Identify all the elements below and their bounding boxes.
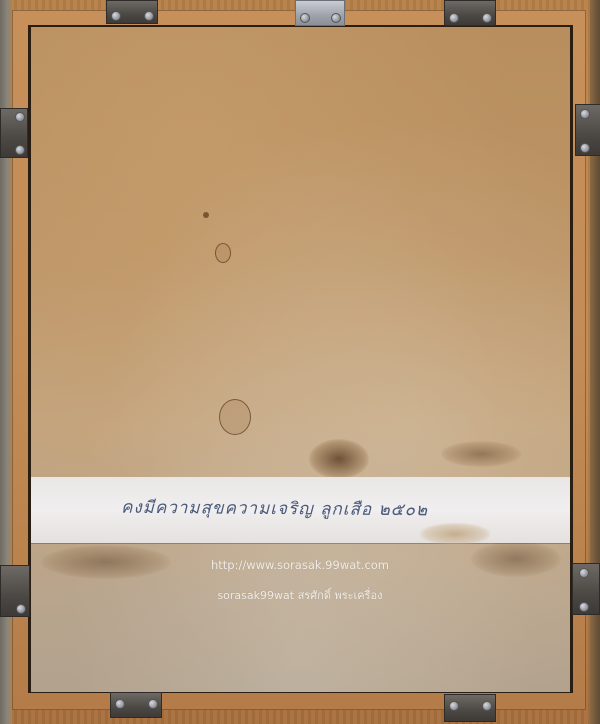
dark-stain <box>309 439 369 479</box>
framed-photo-back: คงมีความสุขความเจริญ ลูกเสือ ๒๕๐๒ http:/… <box>0 0 600 724</box>
turn-button-bracket-icon <box>575 104 600 156</box>
turn-button-bracket-icon <box>444 694 496 722</box>
watermark-name: sorasak99wat สรศักดิ์ พระเครื่อง <box>0 586 600 604</box>
label-stain <box>420 523 490 545</box>
spot <box>203 212 209 218</box>
turn-button-bracket-icon <box>0 565 30 617</box>
dark-stain <box>441 441 521 467</box>
turn-button-bracket-icon <box>106 0 158 24</box>
turn-button-bracket-icon <box>572 563 600 615</box>
watermark-url: http://www.sorasak.99wat.com <box>0 558 600 572</box>
turn-button-bracket-icon <box>295 0 345 26</box>
water-stain <box>219 399 251 435</box>
water-stain <box>215 243 231 263</box>
turn-button-bracket-icon <box>0 108 28 158</box>
handwritten-inscription: คงมีความสุขความเจริญ ลูกเสือ ๒๕๐๒ <box>121 494 428 524</box>
paper-label-strip: คงมีความสุขความเจริญ ลูกเสือ ๒๕๐๒ <box>31 477 570 543</box>
turn-button-bracket-icon <box>444 0 496 26</box>
turn-button-bracket-icon <box>110 692 162 718</box>
